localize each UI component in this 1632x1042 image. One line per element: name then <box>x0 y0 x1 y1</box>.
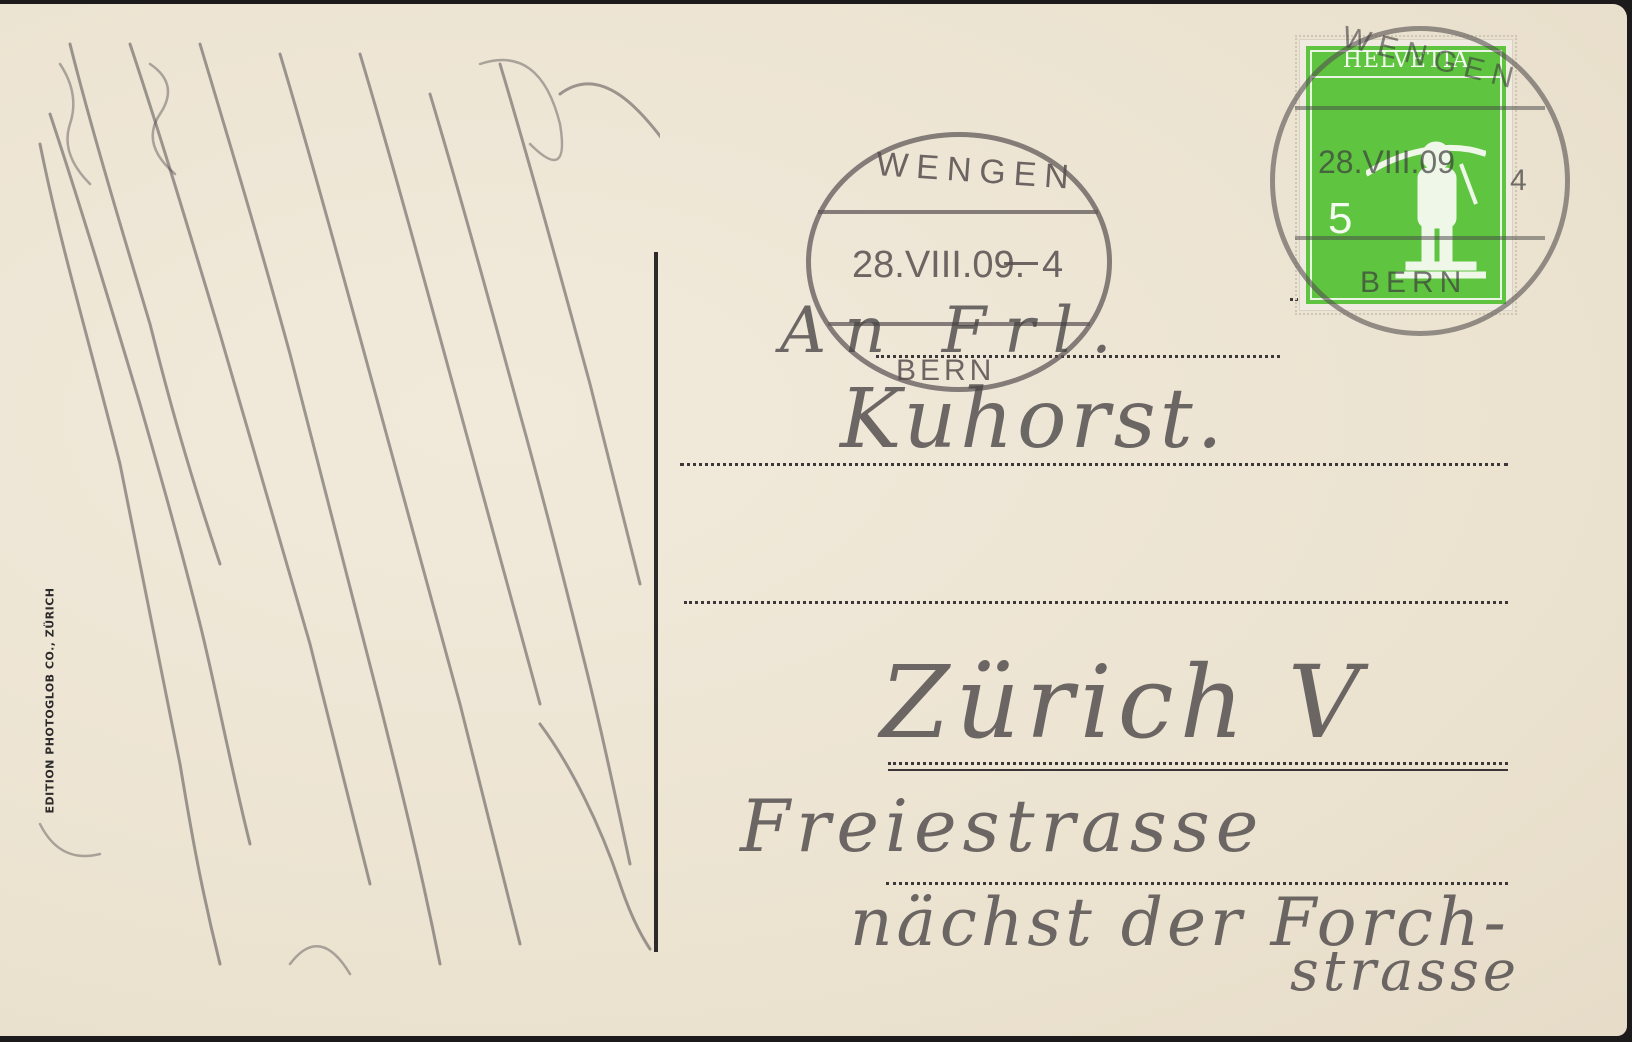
postmark-stamp-date: 28.VIII.09 <box>1318 144 1455 181</box>
message-address-divider <box>654 252 658 952</box>
postcard: EDITION PHOTOGLOB CO., ZÜRICH WENGEN 28.… <box>0 4 1627 1036</box>
postmark-dash <box>1004 262 1038 265</box>
address-line-4 <box>888 762 1508 765</box>
address-street: Freiestrasse <box>740 784 1264 868</box>
postmark-stamp-canton: BERN <box>1360 266 1467 300</box>
postmark-date: 28.VIII.09. <box>852 244 1025 287</box>
address-street-note-cont: strasse <box>1290 939 1520 1004</box>
publisher-imprint: EDITION PHOTOGLOB CO., ZÜRICH <box>44 561 57 841</box>
address-city: Zürich V <box>880 644 1366 761</box>
address-line-3 <box>684 601 1508 604</box>
address-underline <box>888 769 1508 771</box>
address-salutation: An Frl. <box>780 294 1130 368</box>
postmark-stamp-hour: 4 <box>1510 164 1527 198</box>
address-name: Kuhorst. <box>840 372 1227 467</box>
postmark-hour: 4 <box>1042 244 1063 287</box>
handwritten-message <box>0 4 660 1036</box>
